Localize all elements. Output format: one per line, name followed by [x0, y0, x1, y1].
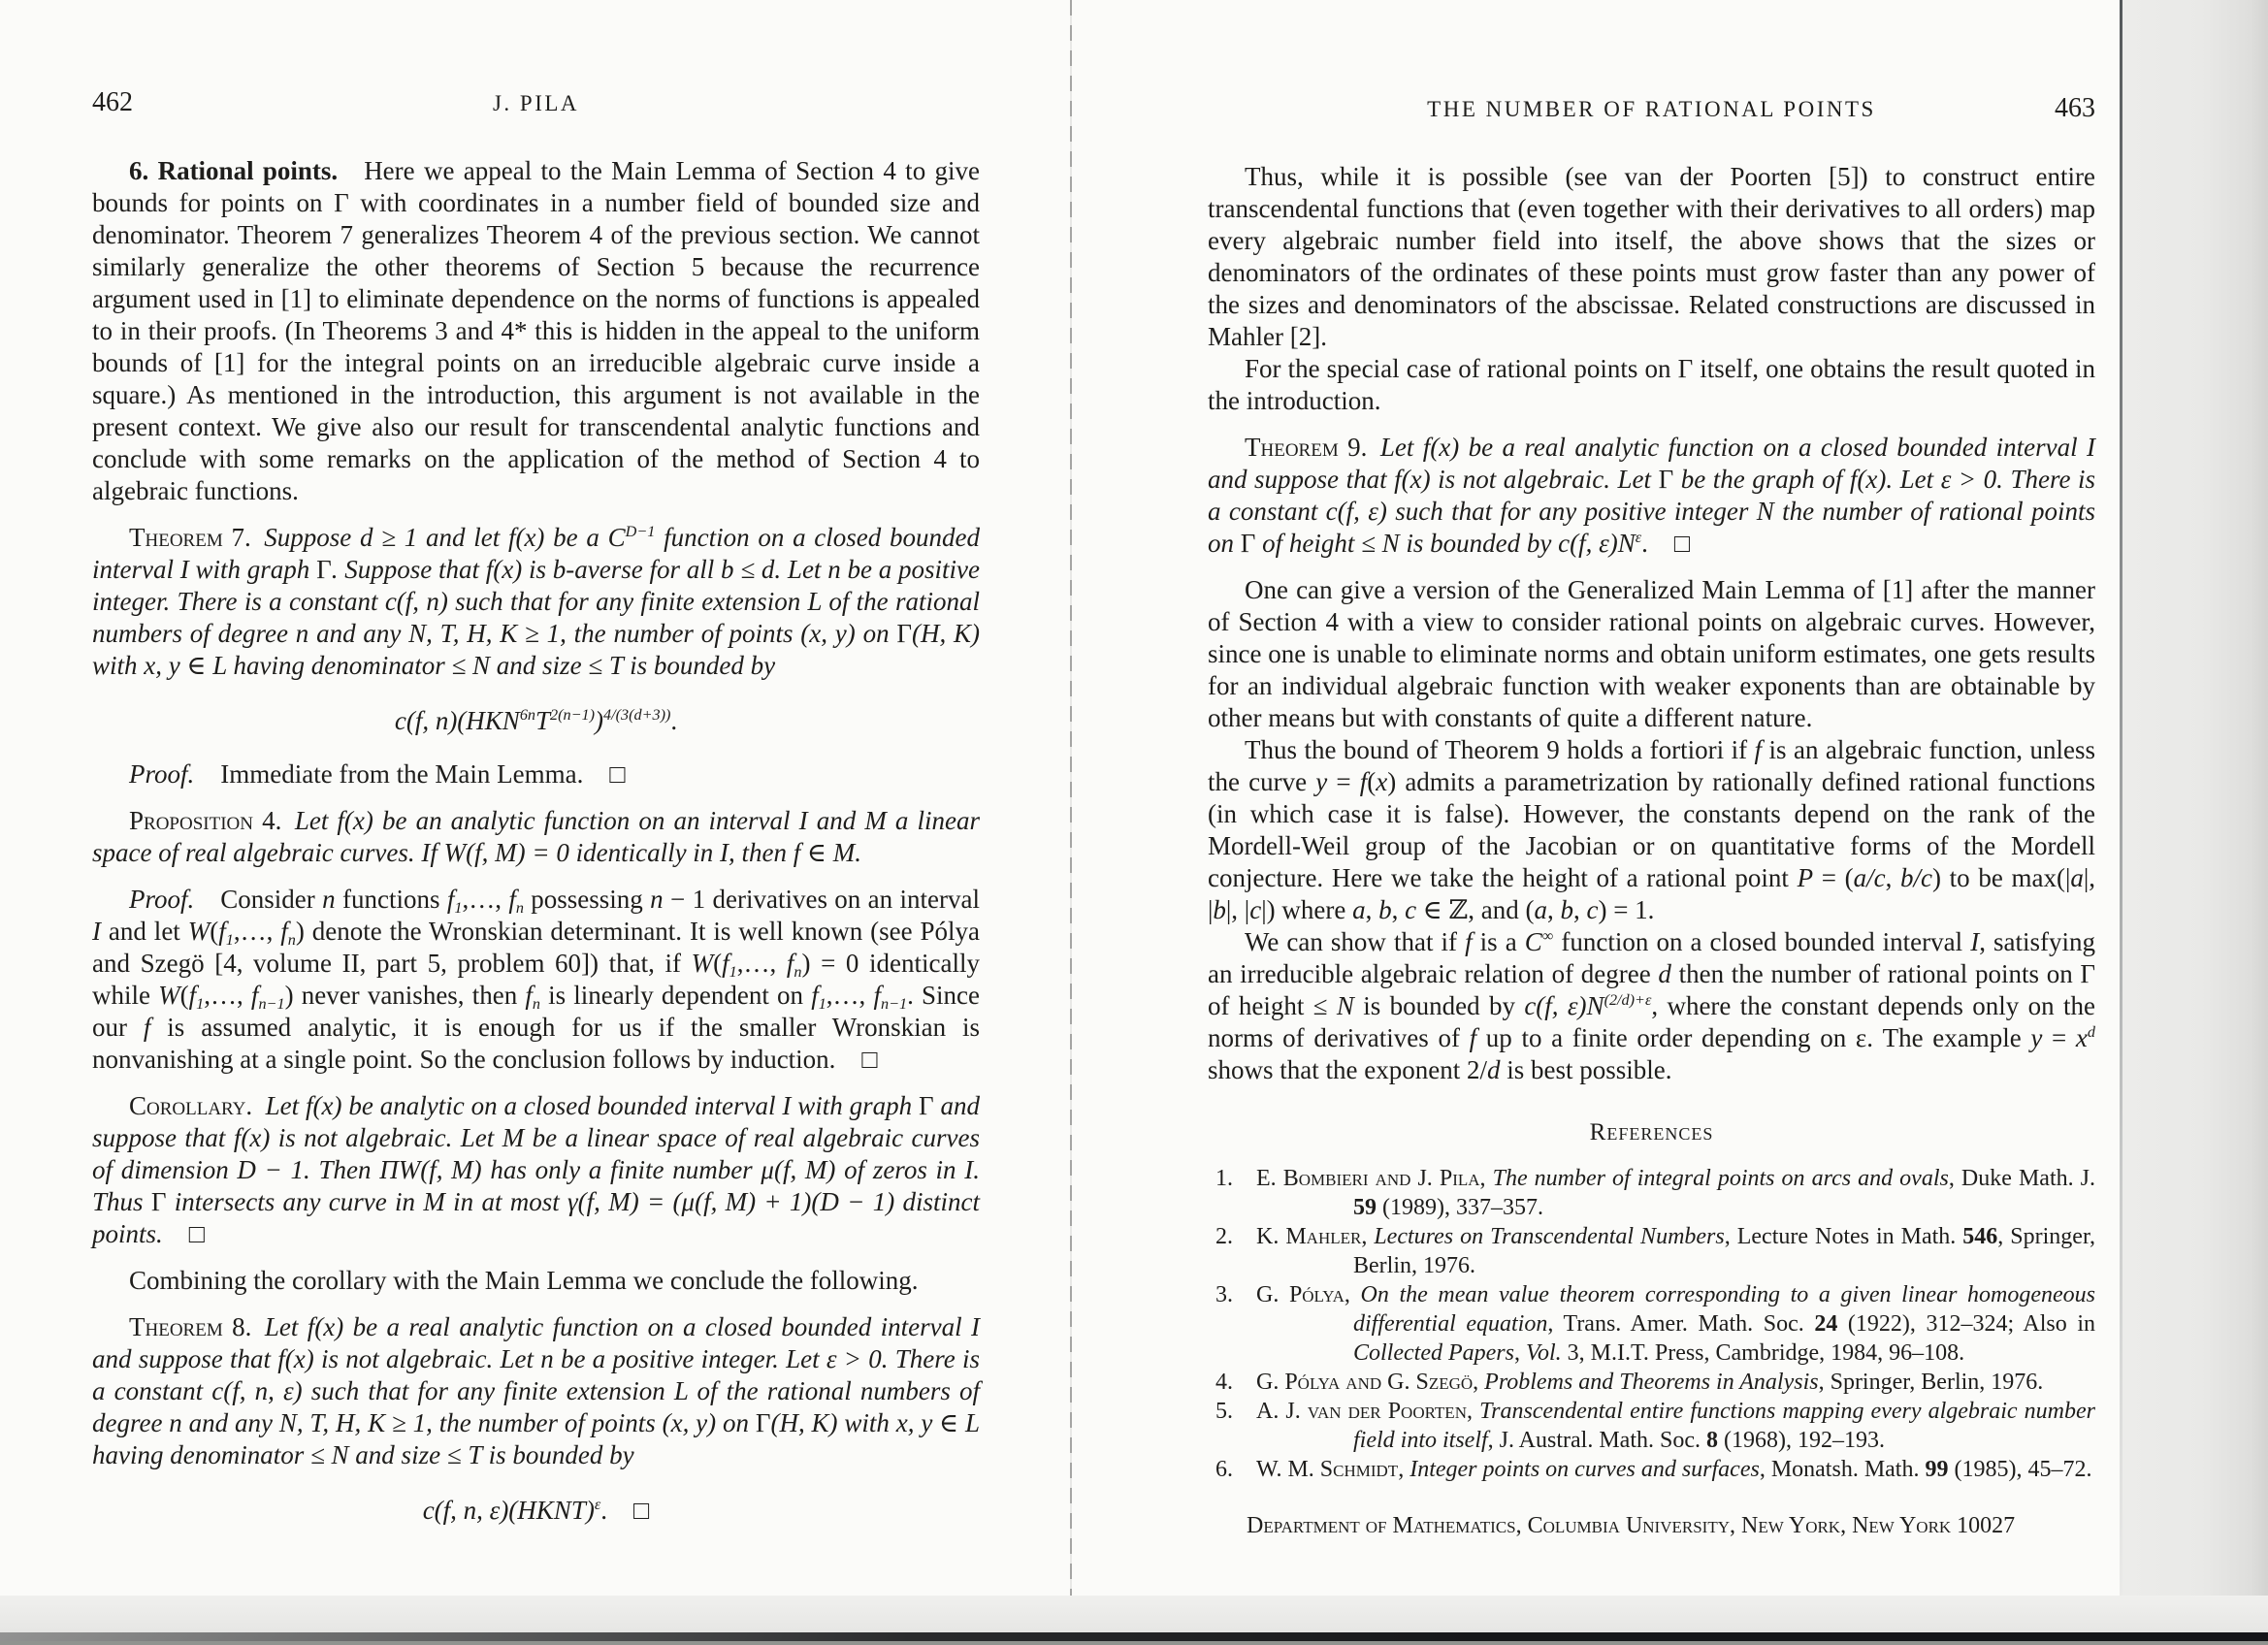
references-heading: References [1208, 1119, 2095, 1146]
bottom-scan-dark-line [0, 1632, 2268, 1641]
scanned-journal-spread: 462 J. PILA 6. Rational points. Here we … [0, 0, 2268, 1645]
corollary: Corollary. Let f(x) be analytic on a clo… [92, 1090, 980, 1250]
page-463-header: THE NUMBER OF RATIONAL POINTS 463 [1208, 93, 2095, 126]
theorem-8: Theorem 8. Let f(x) be a real analytic f… [92, 1311, 980, 1471]
reference-6: 6. W. M. Schmidt, Integer points on curv… [1208, 1455, 2095, 1484]
page-462: 462 J. PILA 6. Rational points. Here we … [92, 87, 980, 1548]
page-number-left: 462 [92, 87, 133, 118]
reference-1: 1. E. Bombieri and J. Pila, The number o… [1208, 1164, 2095, 1222]
bottom-scan-under-strip [0, 1641, 2268, 1645]
generalized-main-lemma-paragraph: One can give a version of the Generalize… [1208, 574, 2095, 734]
references-list: 1. E. Bombieri and J. Pila, The number o… [1208, 1164, 2095, 1484]
running-head-left: J. PILA [493, 91, 579, 116]
special-case-paragraph: For the special case of rational points … [1208, 353, 2095, 417]
combining-remark: Combining the corollary with the Main Le… [92, 1265, 980, 1297]
theorem-9: Theorem 9. Let f(x) be a real analytic f… [1208, 432, 2095, 560]
reference-5: 5. A. J. van der Poorten, Transcendental… [1208, 1397, 2095, 1455]
running-head-right: THE NUMBER OF RATIONAL POINTS [1427, 97, 1876, 122]
page-462-header: 462 J. PILA [92, 87, 980, 120]
page-gutter-line [1070, 0, 1072, 1597]
right-scan-margin-strip [2122, 0, 2268, 1597]
c-infinity-remark-paragraph: We can show that if f is a C∞ function o… [1208, 926, 2095, 1086]
theorem-8-bound-formula: c(f, n, ε)(HKNT)ε. □ [92, 1495, 980, 1527]
theorem-7-bound-formula: c(f, n)(HKN6nT2(n−1))4/(3(d+3)). [92, 705, 980, 737]
reference-3: 3. G. Pólya, On the mean value theorem c… [1208, 1280, 2095, 1368]
right-page-edge-line [2120, 0, 2122, 1597]
page-463: THE NUMBER OF RATIONAL POINTS 463 Thus, … [1208, 93, 2095, 1540]
theorem-9-discussion-paragraph: Thus the bound of Theorem 9 holds a fort… [1208, 734, 2095, 926]
proof-proposition-4: Proof. Consider n functions f1,…, fn pos… [92, 884, 980, 1076]
theorem-7: Theorem 7. Suppose d ≥ 1 and let f(x) be… [92, 522, 980, 682]
proof-theorem-7: Proof. Immediate from the Main Lemma. □ [92, 758, 980, 790]
transcendental-functions-paragraph: Thus, while it is possible (see van der … [1208, 161, 2095, 353]
reference-4: 4. G. Pólya and G. Szegö, Problems and T… [1208, 1368, 2095, 1397]
affiliation-line: Department of Mathematics, Columbia Univ… [1208, 1511, 2095, 1540]
reference-2: 2. K. Mahler, Lectures on Transcendental… [1208, 1222, 2095, 1280]
page-number-right: 463 [2055, 93, 2095, 124]
section-6-intro-paragraph: 6. Rational points. Here we appeal to th… [92, 155, 980, 507]
proposition-4: Proposition 4. Let f(x) be an analytic f… [92, 805, 980, 869]
